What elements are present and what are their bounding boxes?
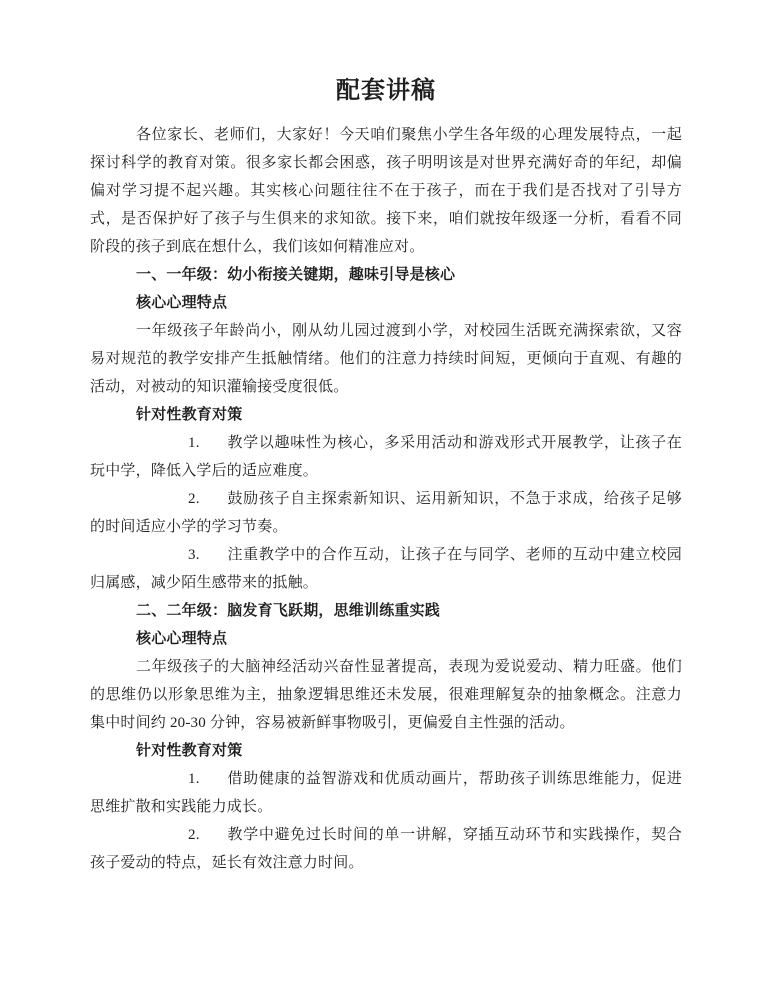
list-item-number: 3.: [188, 541, 227, 569]
document-content: 配套讲稿 各位家长、老师们，大家好！今天咱们聚焦小学生各年级的心理发展特点，一起…: [0, 0, 770, 877]
document-page: 配套讲稿 各位家长、老师们，大家好！今天咱们聚焦小学生各年级的心理发展特点，一起…: [0, 0, 770, 1000]
section-1-traits-paragraph: 一年级孩子年龄尚小，刚从幼儿园过渡到小学，对校园生活既充满探索欲，又容易对规范的…: [90, 317, 682, 401]
list-item-text: 教学中避免过长时间的单一讲解，穿插互动环节和实践操作，契合孩子爱动的特点，延长有…: [90, 827, 682, 871]
section-1-strategies-heading: 针对性教育对策: [90, 401, 682, 429]
section-2-traits-heading: 核心心理特点: [90, 625, 682, 653]
list-item-number: 1.: [188, 429, 227, 457]
list-item-number: 1.: [188, 765, 227, 793]
list-item-number: 2.: [188, 485, 227, 513]
section-2-heading: 二、二年级：脑发育飞跃期，思维训练重实践: [90, 597, 682, 625]
list-item: 2.鼓励孩子自主探索新知识、运用新知识，不急于求成，给孩子足够的时间适应小学的学…: [90, 485, 682, 541]
list-item: 3.注重教学中的合作互动，让孩子在与同学、老师的互动中建立校园归属感，减少陌生感…: [90, 541, 682, 597]
section-1-traits-heading: 核心心理特点: [90, 289, 682, 317]
section-2-strategies-heading: 针对性教育对策: [90, 737, 682, 765]
list-item-text: 教学以趣味性为核心，多采用活动和游戏形式开展教学，让孩子在玩中学，降低入学后的适…: [90, 435, 682, 479]
list-item: 1.借助健康的益智游戏和优质动画片，帮助孩子训练思维能力，促进思维扩散和实践能力…: [90, 765, 682, 821]
intro-paragraph: 各位家长、老师们，大家好！今天咱们聚焦小学生各年级的心理发展特点，一起探讨科学的…: [90, 121, 682, 261]
section-1-heading: 一、一年级：幼小衔接关键期，趣味引导是核心: [90, 261, 682, 289]
doc-title: 配套讲稿: [90, 76, 682, 106]
section-2-traits-paragraph: 二年级孩子的大脑神经活动兴奋性显著提高，表现为爱说爱动、精力旺盛。他们的思维仍以…: [90, 653, 682, 737]
list-item-number: 2.: [188, 821, 227, 849]
list-item-text: 借助健康的益智游戏和优质动画片，帮助孩子训练思维能力，促进思维扩散和实践能力成长…: [90, 771, 682, 815]
list-item-text: 注重教学中的合作互动，让孩子在与同学、老师的互动中建立校园归属感，减少陌生感带来…: [90, 547, 682, 591]
list-item: 1.教学以趣味性为核心，多采用活动和游戏形式开展教学，让孩子在玩中学，降低入学后…: [90, 429, 682, 485]
list-item: 2.教学中避免过长时间的单一讲解，穿插互动环节和实践操作，契合孩子爱动的特点，延…: [90, 821, 682, 877]
list-item-text: 鼓励孩子自主探索新知识、运用新知识，不急于求成，给孩子足够的时间适应小学的学习节…: [90, 491, 682, 535]
